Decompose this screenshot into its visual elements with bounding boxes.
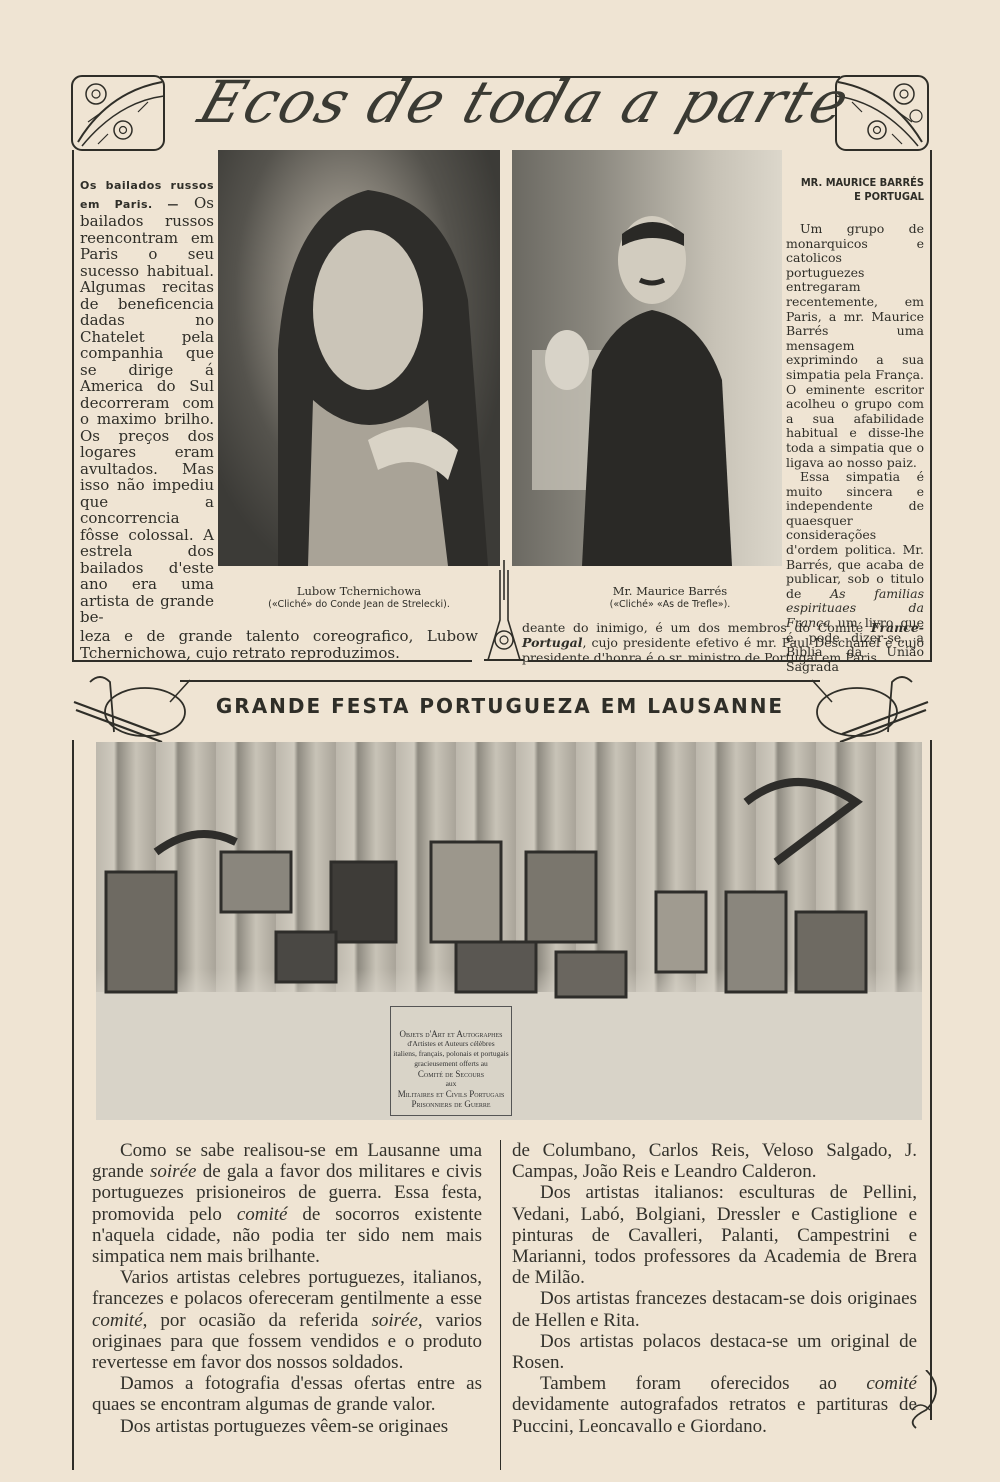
- photo-maurice-barres: [512, 150, 782, 566]
- floral-corner-ornament-left-icon: [68, 72, 168, 154]
- sign-line-7: Militaires et Civils Portugais: [391, 1089, 511, 1099]
- festa-p1-italic: soirée: [150, 1161, 196, 1182]
- center-divider-ornament-icon: [484, 560, 524, 670]
- festa-left-paragraph-2: Varios artistas celebres portuguezes, it…: [92, 1267, 482, 1373]
- festa-right-p5-text: Tambem foram oferecidos ao: [540, 1373, 866, 1394]
- festa-left-paragraph-4: Dos artistas portuguezes vêem-se origina…: [92, 1416, 482, 1437]
- festa-left-paragraph-1: Como se sabe realisou-se em Lausanne uma…: [92, 1140, 482, 1267]
- festa-section-title: GRANDE FESTA PORTUGUEZA EM LAUSANNE: [150, 694, 850, 718]
- sign-line-4: gracieusement offerts au: [391, 1059, 511, 1069]
- festa-right-paragraph-4: Dos artistas polacos destaca-se um origi…: [512, 1331, 917, 1373]
- festa-p2-italic-2: soirée: [371, 1310, 417, 1331]
- header-title: Ecos de toda a parte: [187, 68, 853, 148]
- barres-span-text: deante do inimigo, é um dos membros do C…: [522, 620, 871, 635]
- festa-right-paragraph-1: de Columbano, Carlos Reis, Veloso Salgad…: [512, 1140, 917, 1182]
- sign-line-6: aux: [391, 1079, 511, 1089]
- festa-left-paragraph-3: Damos a fotografia d'essas ofertas entre…: [92, 1373, 482, 1415]
- portrait-standing-man-icon: [512, 150, 782, 566]
- article-barres-heading-line1: MR. MAURICE BARRÉS: [786, 176, 924, 190]
- festa-frame-left-rule: [72, 740, 74, 1470]
- article-ballets-continuation: leza e de grande talento coreografico, L…: [80, 628, 478, 662]
- article-barres-paragraph-1: Um grupo de monarquicos e catolicos port…: [786, 222, 924, 470]
- column-divider: [500, 1140, 501, 1470]
- festa-right-paragraph-2: Dos artistas italianos: esculturas de Pe…: [512, 1182, 917, 1288]
- photo-lubow-tchernichowa: [218, 150, 500, 566]
- festa-left-column: Como se sabe realisou-se em Lausanne uma…: [92, 1140, 482, 1437]
- festa-right-p5-text-2: devidamente autografados retratos e part…: [512, 1394, 917, 1436]
- caption-lubow-credit: («Cliché» do Conde Jean de Strelecki).: [218, 598, 500, 612]
- sign-line-2: d'Artistes et Auteurs célèbres: [391, 1039, 511, 1049]
- portrait-silhouette-icon: [218, 150, 500, 566]
- festa-frame-right-rule: [930, 740, 932, 1420]
- article-barres-column: Um grupo de monarquicos e catolicos port…: [786, 222, 924, 674]
- top-frame-left-rule: [72, 150, 74, 660]
- article-ballets-column: Os bailados russos em Paris. — Os bailad…: [80, 176, 214, 626]
- article-barres-heading-line2: E PORTUGAL: [786, 190, 924, 204]
- article-barres-continuation: deante do inimigo, é um dos membros do C…: [522, 620, 924, 665]
- sign-line-3: italiens, français, polonais et portugai…: [391, 1049, 511, 1059]
- caption-barres: Mr. Maurice Barrés («Cliché» «As de Tref…: [540, 584, 800, 612]
- article-barres-p2-text: Essa simpatia é muito sincera e independ…: [786, 469, 924, 601]
- article-barres-heading: MR. MAURICE BARRÉS E PORTUGAL: [786, 176, 924, 204]
- caption-barres-name: Mr. Maurice Barrés: [540, 584, 800, 598]
- festa-right-paragraph-5: Tambem foram oferecidos ao comité devida…: [512, 1373, 917, 1437]
- barres-span-text-end: , cujo presidente efetivo é mr. Paul Des…: [522, 635, 924, 665]
- caption-lubow: Lubow Tchernichowa («Cliché» do Conde Je…: [218, 584, 500, 612]
- caption-lubow-name: Lubow Tchernichowa: [218, 584, 500, 598]
- festa-p2-italic: comité: [92, 1310, 143, 1331]
- exhibition-sign: Objets d'Art et Autographes d'Artistes e…: [390, 1006, 512, 1116]
- top-frame-right-rule: [930, 150, 932, 660]
- sign-line-1: Objets d'Art et Autographes: [391, 1029, 511, 1039]
- festa-p2-text-2: , por ocasião da referida: [143, 1310, 372, 1331]
- festa-right-column: de Columbano, Carlos Reis, Veloso Salgad…: [512, 1140, 917, 1437]
- festa-right-paragraph-3: Dos artistas francezes destacam-se dois …: [512, 1288, 917, 1330]
- sign-line-8: Prisonniers de Guerre: [391, 1099, 511, 1109]
- article-ballets-body: Os bailados russos reencontram em Paris …: [80, 194, 214, 627]
- festa-p2-text: Varios artistas celebres portuguezes, it…: [92, 1267, 482, 1309]
- festa-banner-top-rule: [180, 680, 820, 682]
- festa-p1-italic-2: comité: [237, 1204, 288, 1225]
- sign-line-5: Comité de Secours: [391, 1069, 511, 1079]
- caption-barres-credit: («Cliché» «As de Trefle»).: [540, 598, 800, 612]
- scroll-ornament-bottom-right-icon: [906, 1370, 946, 1430]
